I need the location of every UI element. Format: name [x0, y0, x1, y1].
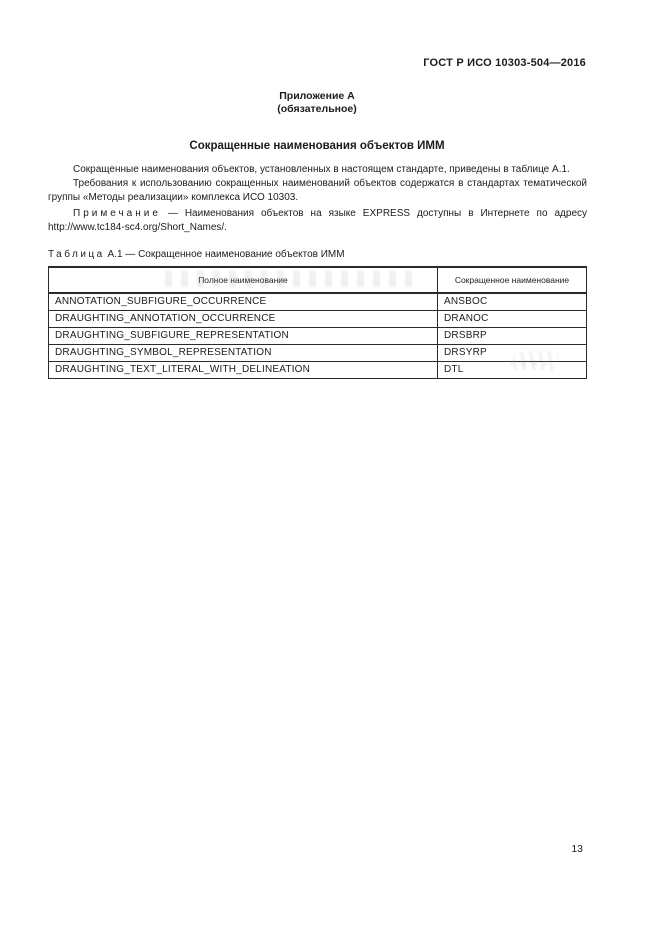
cell-short-name: ANSBOC [438, 293, 587, 310]
cell-short-name: DTL [438, 361, 587, 378]
table-header-row: Полное наименование Сокращенное наименов… [49, 267, 587, 293]
cell-full-name: ANNOTATION_SUBFIGURE_OCCURRENCE [49, 293, 438, 310]
table-row: DRAUGHTING_SYMBOL_REPRESENTATION DRSYRP [49, 344, 587, 361]
note-label: Примечание [73, 208, 161, 219]
cell-short-name: DRANOC [438, 310, 587, 327]
cell-short-name: DRSYRP [438, 344, 587, 361]
table-caption-text: А.1 — Сокращенное наименование объектов … [105, 249, 345, 260]
table-caption-label: Таблица [48, 249, 105, 260]
cell-full-name: DRAUGHTING_ANNOTATION_OCCURRENCE [49, 310, 438, 327]
appendix-heading: Приложение А (обязательное) [48, 90, 586, 116]
abbreviations-table: Полное наименование Сокращенное наименов… [48, 266, 587, 379]
appendix-status: (обязательное) [48, 103, 586, 116]
table-caption: Таблица А.1 — Сокращенное наименование о… [48, 249, 587, 260]
document-standard-number: ГОСТ Р ИСО 10303-504—2016 [48, 57, 586, 69]
document-page: ГОСТ Р ИСО 10303-504—2016 Приложение А (… [0, 0, 661, 935]
column-header-short-name: Сокращенное наименование [438, 267, 587, 293]
paragraph-2: Требования к использованию сокращенных н… [48, 177, 587, 205]
body-text: Сокращенные наименования объектов, устан… [48, 163, 587, 235]
table-row: ANNOTATION_SUBFIGURE_OCCURRENCE ANSBOC [49, 293, 587, 310]
table-row: DRAUGHTING_SUBFIGURE_REPRESENTATION DRSB… [49, 327, 587, 344]
note-paragraph: Примечание — Наименования объектов на яз… [48, 207, 587, 235]
page-number: 13 [48, 843, 583, 855]
cell-full-name: DRAUGHTING_SUBFIGURE_REPRESENTATION [49, 327, 438, 344]
cell-full-name: DRAUGHTING_TEXT_LITERAL_WITH_DELINEATION [49, 361, 438, 378]
column-header-full-name: Полное наименование [49, 267, 438, 293]
table-row: DRAUGHTING_ANNOTATION_OCCURRENCE DRANOC [49, 310, 587, 327]
cell-short-name: DRSBRP [438, 327, 587, 344]
section-title: Сокращенные наименования объектов ИММ [48, 140, 586, 152]
cell-full-name: DRAUGHTING_SYMBOL_REPRESENTATION [49, 344, 438, 361]
appendix-label: Приложение А [48, 90, 586, 103]
paragraph-1: Сокращенные наименования объектов, устан… [48, 163, 587, 177]
table-row: DRAUGHTING_TEXT_LITERAL_WITH_DELINEATION… [49, 361, 587, 378]
